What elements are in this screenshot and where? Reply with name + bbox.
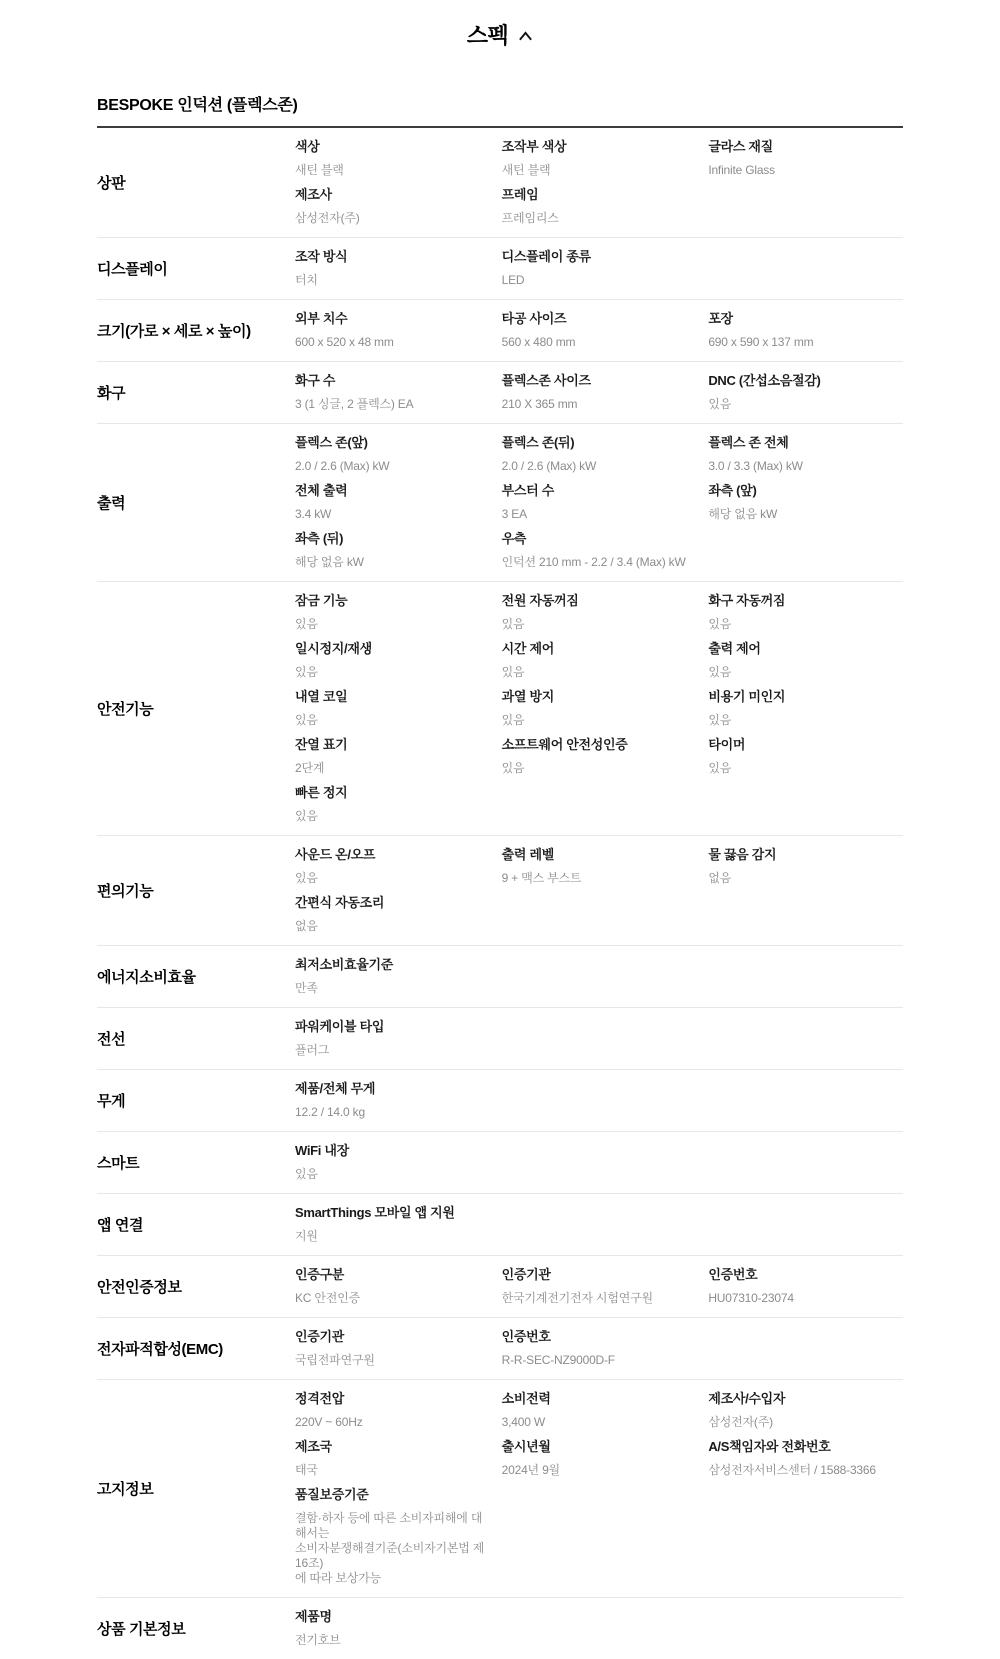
spec-item: 화구 수3 (1 싱글, 2 플렉스) EA bbox=[295, 373, 490, 412]
spec-item-label: 소프트웨어 안전성인증 bbox=[502, 737, 697, 753]
spec-items: 잠금 기능있음전원 자동꺼짐있음화구 자동꺼짐있음일시정지/재생있음시간 제어있… bbox=[295, 593, 903, 833]
spec-item-label: 인증기관 bbox=[502, 1267, 697, 1283]
spec-item-label: 내열 코일 bbox=[295, 689, 490, 705]
spec-row: 고지정보 정격전압220V ~ 60Hz소비전력3,400 W제조사/수입자삼성… bbox=[97, 1380, 903, 1598]
spec-item: 좌측 (뒤)해당 없음 kW bbox=[295, 531, 490, 570]
spec-item-value: 태국 bbox=[295, 1463, 490, 1478]
spec-item-label: 인증구분 bbox=[295, 1267, 490, 1283]
spec-items: 정격전압220V ~ 60Hz소비전력3,400 W제조사/수입자삼성전자(주)… bbox=[295, 1391, 903, 1595]
spec-item: 일시정지/재생있음 bbox=[295, 641, 490, 680]
category-label: 편의기능 bbox=[97, 880, 295, 910]
spec-item-value: 삼성전자(주) bbox=[295, 211, 490, 226]
spec-item-label: 빠른 정지 bbox=[295, 785, 490, 801]
spec-table: 상판 색상새틴 블랙조작부 색상새틴 블랙글라스 재질Infinite Glas… bbox=[97, 128, 903, 1659]
spec-item-label: 인증기관 bbox=[295, 1329, 490, 1345]
spec-item-value: 있음 bbox=[502, 713, 697, 728]
spec-item-label: 화구 수 bbox=[295, 373, 490, 389]
category-label: 크기(가로 × 세로 × 높이) bbox=[97, 320, 295, 350]
spec-item-value: 있음 bbox=[708, 617, 903, 632]
spec-item-value: 있음 bbox=[708, 397, 903, 412]
spec-row: 전자파적합성(EMC) 인증기관국립전파연구원인증번호R-R-SEC-NZ900… bbox=[97, 1318, 903, 1380]
spec-item-label: 잠금 기능 bbox=[295, 593, 490, 609]
spec-item-label: 제품/전체 무게 bbox=[295, 1081, 490, 1097]
spec-item-label: 플렉스 존(뒤) bbox=[502, 435, 697, 451]
spec-item-label: WiFi 내장 bbox=[295, 1143, 490, 1159]
spec-item-label: 포장 bbox=[708, 311, 903, 327]
spec-item-value: LED bbox=[502, 273, 697, 288]
spec-item-value: 없음 bbox=[295, 919, 490, 934]
spec-item-value: 있음 bbox=[295, 1167, 490, 1182]
spec-item-label: 최저소비효율기준 bbox=[295, 957, 490, 973]
spec-item: 출력 제어있음 bbox=[708, 641, 903, 680]
spec-items: 최저소비효율기준만족 bbox=[295, 957, 903, 1005]
spec-item-value: HU07310-23074 bbox=[708, 1291, 903, 1306]
chevron-up-icon[interactable] bbox=[518, 30, 533, 42]
spec-item-value: 9 + 맥스 부스트 bbox=[502, 871, 697, 886]
spec-item: 타이머있음 bbox=[708, 737, 903, 776]
spec-item: 조작부 색상새틴 블랙 bbox=[502, 139, 697, 178]
spec-item-label: 출력 레벨 bbox=[502, 847, 697, 863]
spec-item: 색상새틴 블랙 bbox=[295, 139, 490, 178]
spec-item-label: 플렉스 존(앞) bbox=[295, 435, 490, 451]
product-spec-page: 스펙 BESPOKE 인덕션 (플렉스존) 상판 색상새틴 블랙조작부 색상새틴… bbox=[0, 0, 1000, 1659]
spec-item-label: 정격전압 bbox=[295, 1391, 490, 1407]
category-label: 안전인증정보 bbox=[97, 1276, 295, 1306]
spec-item-label: 출력 제어 bbox=[708, 641, 903, 657]
spec-item-label: 물 끓음 감지 bbox=[708, 847, 903, 863]
spec-container: BESPOKE 인덕션 (플렉스존) 상판 색상새틴 블랙조작부 색상새틴 블랙… bbox=[97, 92, 903, 1659]
spec-item: 프레임프레임리스 bbox=[502, 187, 697, 226]
spec-item: 우측인덕션 210 mm - 2.2 / 3.4 (Max) kW bbox=[502, 531, 697, 570]
spec-item-value: Infinite Glass bbox=[708, 163, 903, 178]
spec-item: 글라스 재질Infinite Glass bbox=[708, 139, 903, 178]
spec-item: 인증기관한국기계전기전자 시험연구원 bbox=[502, 1267, 697, 1306]
spec-item-value: 3 (1 싱글, 2 플렉스) EA bbox=[295, 397, 490, 412]
spec-item: 플렉스존 사이즈210 X 365 mm bbox=[502, 373, 697, 412]
spec-item: 간편식 자동조리없음 bbox=[295, 895, 490, 934]
spec-item: 소프트웨어 안전성인증있음 bbox=[502, 737, 697, 776]
spec-row: 출력 플렉스 존(앞)2.0 / 2.6 (Max) kW플렉스 존(뒤)2.0… bbox=[97, 424, 903, 582]
spec-item-label: 파워케이블 타입 bbox=[295, 1019, 490, 1035]
spec-item-label: 전원 자동꺼짐 bbox=[502, 593, 697, 609]
spec-section-toggle[interactable]: 스펙 bbox=[0, 0, 1000, 50]
spec-row: 상품 기본정보 제품명전기호브 bbox=[97, 1598, 903, 1659]
spec-item-label: 품질보증기준 bbox=[295, 1487, 490, 1503]
spec-items: 플렉스 존(앞)2.0 / 2.6 (Max) kW플렉스 존(뒤)2.0 / … bbox=[295, 435, 903, 579]
category-label: 안전기능 bbox=[97, 698, 295, 728]
spec-row: 에너지소비효율 최저소비효율기준만족 bbox=[97, 946, 903, 1008]
spec-row: 화구 화구 수3 (1 싱글, 2 플렉스) EA플렉스존 사이즈210 X 3… bbox=[97, 362, 903, 424]
spec-item-value: 결함·하자 등에 따른 소비자피해에 대해서는 소비자분쟁해결기준(소비자기본법… bbox=[295, 1511, 490, 1586]
spec-items: 제품명전기호브 bbox=[295, 1609, 903, 1657]
spec-item-value: 있음 bbox=[502, 665, 697, 680]
spec-items: 사운드 온/오프있음출력 레벨9 + 맥스 부스트물 끓음 감지없음간편식 자동… bbox=[295, 847, 903, 943]
spec-item-label: 디스플레이 종류 bbox=[502, 249, 697, 265]
spec-item-label: 간편식 자동조리 bbox=[295, 895, 490, 911]
spec-row: 무게 제품/전체 무게12.2 / 14.0 kg bbox=[97, 1070, 903, 1132]
spec-item: 조작 방식터치 bbox=[295, 249, 490, 288]
category-label: 디스플레이 bbox=[97, 258, 295, 288]
spec-item: 사운드 온/오프있음 bbox=[295, 847, 490, 886]
spec-item-label: 잔열 표기 bbox=[295, 737, 490, 753]
spec-item-value: 전기호브 bbox=[295, 1633, 490, 1648]
spec-item: 화구 자동꺼짐있음 bbox=[708, 593, 903, 632]
spec-item-value: 국립전파연구원 bbox=[295, 1353, 490, 1368]
spec-item-value: 있음 bbox=[708, 713, 903, 728]
product-name-header: BESPOKE 인덕션 (플렉스존) bbox=[97, 92, 903, 128]
spec-item-value: 있음 bbox=[295, 871, 490, 886]
spec-item-value: 터치 bbox=[295, 273, 490, 288]
spec-row: 안전기능 잠금 기능있음전원 자동꺼짐있음화구 자동꺼짐있음일시정지/재생있음시… bbox=[97, 582, 903, 836]
spec-item-value: 삼성전자(주) bbox=[708, 1415, 903, 1430]
spec-item-label: 외부 치수 bbox=[295, 311, 490, 327]
spec-item-value: 없음 bbox=[708, 871, 903, 886]
spec-item-value: 인덕션 210 mm - 2.2 / 3.4 (Max) kW bbox=[502, 555, 697, 570]
spec-item: 타공 사이즈560 x 480 mm bbox=[502, 311, 697, 350]
spec-item-value: 있음 bbox=[708, 761, 903, 776]
spec-item: 외부 치수600 x 520 x 48 mm bbox=[295, 311, 490, 350]
spec-item: WiFi 내장있음 bbox=[295, 1143, 490, 1182]
category-label: 전자파적합성(EMC) bbox=[97, 1338, 295, 1368]
spec-item-value: 3.0 / 3.3 (Max) kW bbox=[708, 459, 903, 474]
spec-item-label: 소비전력 bbox=[502, 1391, 697, 1407]
spec-item: 제품명전기호브 bbox=[295, 1609, 490, 1648]
spec-item-label: 인증번호 bbox=[708, 1267, 903, 1283]
category-label: 출력 bbox=[97, 492, 295, 522]
spec-item-label: 타공 사이즈 bbox=[502, 311, 697, 327]
spec-row: 전선 파워케이블 타입플러그 bbox=[97, 1008, 903, 1070]
spec-item: 품질보증기준결함·하자 등에 따른 소비자피해에 대해서는 소비자분쟁해결기준(… bbox=[295, 1487, 490, 1586]
spec-item-label: 좌측 (뒤) bbox=[295, 531, 490, 547]
category-label: 앱 연결 bbox=[97, 1214, 295, 1244]
spec-item-value: 3.4 kW bbox=[295, 507, 490, 522]
spec-item-value: 한국기계전기전자 시험연구원 bbox=[502, 1291, 697, 1306]
spec-item-label: 출시년월 bbox=[502, 1439, 697, 1455]
spec-item: 시간 제어있음 bbox=[502, 641, 697, 680]
spec-item-label: 제품명 bbox=[295, 1609, 490, 1625]
spec-item: 제조국태국 bbox=[295, 1439, 490, 1478]
category-label: 스마트 bbox=[97, 1152, 295, 1182]
spec-items: 인증구분KC 안전인증인증기관한국기계전기전자 시험연구원인증번호HU07310… bbox=[295, 1267, 903, 1315]
spec-item: 전체 출력3.4 kW bbox=[295, 483, 490, 522]
spec-item: 출시년월2024년 9월 bbox=[502, 1439, 697, 1478]
spec-item: 비용기 미인지있음 bbox=[708, 689, 903, 728]
spec-items: WiFi 내장있음 bbox=[295, 1143, 903, 1191]
spec-item-value: 2단계 bbox=[295, 761, 490, 776]
spec-item: 제조사삼성전자(주) bbox=[295, 187, 490, 226]
category-label: 화구 bbox=[97, 382, 295, 412]
spec-item-value: 있음 bbox=[502, 617, 697, 632]
category-label: 고지정보 bbox=[97, 1478, 295, 1508]
spec-row: 디스플레이 조작 방식터치디스플레이 종류LED bbox=[97, 238, 903, 300]
spec-item-value: 해당 없음 kW bbox=[295, 555, 490, 570]
spec-item: 포장690 x 590 x 137 mm bbox=[708, 311, 903, 350]
spec-item-label: 좌측 (앞) bbox=[708, 483, 903, 499]
spec-items: 파워케이블 타입플러그 bbox=[295, 1019, 903, 1067]
spec-item: 인증기관국립전파연구원 bbox=[295, 1329, 490, 1368]
spec-section-title: 스펙 bbox=[467, 19, 509, 50]
spec-item: 플렉스 존(뒤)2.0 / 2.6 (Max) kW bbox=[502, 435, 697, 474]
spec-item-value: 만족 bbox=[295, 981, 490, 996]
spec-item-label: 전체 출력 bbox=[295, 483, 490, 499]
spec-items: 외부 치수600 x 520 x 48 mm타공 사이즈560 x 480 mm… bbox=[295, 311, 903, 359]
spec-item: SmartThings 모바일 앱 지원지원 bbox=[295, 1205, 490, 1244]
spec-item: 소비전력3,400 W bbox=[502, 1391, 697, 1430]
spec-item-value: 삼성전자서비스센터 / 1588-3366 bbox=[708, 1463, 903, 1478]
spec-item-value: 있음 bbox=[295, 617, 490, 632]
spec-item-value: 220V ~ 60Hz bbox=[295, 1415, 490, 1430]
spec-item-value: 2.0 / 2.6 (Max) kW bbox=[295, 459, 490, 474]
spec-item-value: 지원 bbox=[295, 1229, 490, 1244]
spec-item: 파워케이블 타입플러그 bbox=[295, 1019, 490, 1058]
spec-item-label: 사운드 온/오프 bbox=[295, 847, 490, 863]
spec-item-value: 210 X 365 mm bbox=[502, 397, 697, 412]
category-label: 에너지소비효율 bbox=[97, 966, 295, 996]
spec-items: 조작 방식터치디스플레이 종류LED bbox=[295, 249, 903, 297]
spec-item: 제품/전체 무게12.2 / 14.0 kg bbox=[295, 1081, 490, 1120]
spec-item-label: 인증번호 bbox=[502, 1329, 697, 1345]
spec-item: 인증번호HU07310-23074 bbox=[708, 1267, 903, 1306]
spec-item-label: 우측 bbox=[502, 531, 697, 547]
spec-item: 출력 레벨9 + 맥스 부스트 bbox=[502, 847, 697, 886]
spec-item-label: 색상 bbox=[295, 139, 490, 155]
spec-item: 물 끓음 감지없음 bbox=[708, 847, 903, 886]
category-label: 상판 bbox=[97, 172, 295, 202]
spec-item-value: 690 x 590 x 137 mm bbox=[708, 335, 903, 350]
spec-item-value: 있음 bbox=[295, 713, 490, 728]
spec-items: SmartThings 모바일 앱 지원지원 bbox=[295, 1205, 903, 1253]
spec-item: 디스플레이 종류LED bbox=[502, 249, 697, 288]
spec-item-value: 있음 bbox=[502, 761, 697, 776]
spec-item: 전원 자동꺼짐있음 bbox=[502, 593, 697, 632]
spec-row: 안전인증정보 인증구분KC 안전인증인증기관한국기계전기전자 시험연구원인증번호… bbox=[97, 1256, 903, 1318]
category-label: 무게 bbox=[97, 1090, 295, 1120]
spec-item: 인증구분KC 안전인증 bbox=[295, 1267, 490, 1306]
spec-item-value: 3 EA bbox=[502, 507, 697, 522]
spec-item: 잔열 표기2단계 bbox=[295, 737, 490, 776]
spec-item: A/S책임자와 전화번호삼성전자서비스센터 / 1588-3366 bbox=[708, 1439, 903, 1478]
spec-item-value: 플러그 bbox=[295, 1043, 490, 1058]
spec-item-value: 있음 bbox=[295, 665, 490, 680]
spec-item-label: 글라스 재질 bbox=[708, 139, 903, 155]
spec-item-value: 새틴 블랙 bbox=[502, 163, 697, 178]
spec-item-value: 600 x 520 x 48 mm bbox=[295, 335, 490, 350]
category-label: 상품 기본정보 bbox=[97, 1618, 295, 1648]
spec-row: 상판 색상새틴 블랙조작부 색상새틴 블랙글라스 재질Infinite Glas… bbox=[97, 128, 903, 238]
spec-item-label: 과열 방지 bbox=[502, 689, 697, 705]
spec-item: 플렉스 존 전체3.0 / 3.3 (Max) kW bbox=[708, 435, 903, 474]
spec-item-label: 제조사 bbox=[295, 187, 490, 203]
spec-item: 내열 코일있음 bbox=[295, 689, 490, 728]
spec-items: 화구 수3 (1 싱글, 2 플렉스) EA플렉스존 사이즈210 X 365 … bbox=[295, 373, 903, 421]
spec-item: 정격전압220V ~ 60Hz bbox=[295, 1391, 490, 1430]
spec-item: 잠금 기능있음 bbox=[295, 593, 490, 632]
category-label: 전선 bbox=[97, 1028, 295, 1058]
spec-item-value: 12.2 / 14.0 kg bbox=[295, 1105, 490, 1120]
spec-item-label: 제조국 bbox=[295, 1439, 490, 1455]
spec-item-label: 제조사/수입자 bbox=[708, 1391, 903, 1407]
spec-row: 스마트 WiFi 내장있음 bbox=[97, 1132, 903, 1194]
spec-items: 인증기관국립전파연구원인증번호R-R-SEC-NZ9000D-F bbox=[295, 1329, 903, 1377]
spec-item-value: 새틴 블랙 bbox=[295, 163, 490, 178]
spec-item-value: 프레임리스 bbox=[502, 211, 697, 226]
spec-item-label: 조작부 색상 bbox=[502, 139, 697, 155]
spec-item-label: 타이머 bbox=[708, 737, 903, 753]
spec-item-label: 프레임 bbox=[502, 187, 697, 203]
spec-item-value: 2.0 / 2.6 (Max) kW bbox=[502, 459, 697, 474]
spec-item-value: 3,400 W bbox=[502, 1415, 697, 1430]
spec-item: 과열 방지있음 bbox=[502, 689, 697, 728]
spec-item-value: 해당 없음 kW bbox=[708, 507, 903, 522]
spec-item: 부스터 수3 EA bbox=[502, 483, 697, 522]
spec-item: DNC (간섭소음절감)있음 bbox=[708, 373, 903, 412]
spec-item: 플렉스 존(앞)2.0 / 2.6 (Max) kW bbox=[295, 435, 490, 474]
spec-item-label: 조작 방식 bbox=[295, 249, 490, 265]
spec-row: 편의기능 사운드 온/오프있음출력 레벨9 + 맥스 부스트물 끓음 감지없음간… bbox=[97, 836, 903, 946]
spec-items: 색상새틴 블랙조작부 색상새틴 블랙글라스 재질Infinite Glass제조… bbox=[295, 139, 903, 235]
spec-item-label: 일시정지/재생 bbox=[295, 641, 490, 657]
spec-item-value: KC 안전인증 bbox=[295, 1291, 490, 1306]
spec-item-label: 시간 제어 bbox=[502, 641, 697, 657]
spec-item-value: 있음 bbox=[295, 809, 490, 824]
spec-item-label: A/S책임자와 전화번호 bbox=[708, 1439, 903, 1455]
spec-item-label: 플렉스존 사이즈 bbox=[502, 373, 697, 389]
spec-row: 앱 연결 SmartThings 모바일 앱 지원지원 bbox=[97, 1194, 903, 1256]
spec-item-label: SmartThings 모바일 앱 지원 bbox=[295, 1205, 490, 1221]
spec-item-value: 560 x 480 mm bbox=[502, 335, 697, 350]
spec-item: 인증번호R-R-SEC-NZ9000D-F bbox=[502, 1329, 697, 1368]
spec-item: 최저소비효율기준만족 bbox=[295, 957, 490, 996]
spec-item: 좌측 (앞)해당 없음 kW bbox=[708, 483, 903, 522]
spec-item-label: 플렉스 존 전체 bbox=[708, 435, 903, 451]
spec-item-label: 부스터 수 bbox=[502, 483, 697, 499]
spec-item-value: 2024년 9월 bbox=[502, 1463, 697, 1478]
spec-item: 제조사/수입자삼성전자(주) bbox=[708, 1391, 903, 1430]
spec-items: 제품/전체 무게12.2 / 14.0 kg bbox=[295, 1081, 903, 1129]
spec-item-label: 화구 자동꺼짐 bbox=[708, 593, 903, 609]
spec-item-value: 있음 bbox=[708, 665, 903, 680]
spec-item-label: DNC (간섭소음절감) bbox=[708, 373, 903, 389]
spec-item-value: R-R-SEC-NZ9000D-F bbox=[502, 1353, 697, 1368]
spec-row: 크기(가로 × 세로 × 높이) 외부 치수600 x 520 x 48 mm타… bbox=[97, 300, 903, 362]
spec-item-label: 비용기 미인지 bbox=[708, 689, 903, 705]
spec-item: 빠른 정지있음 bbox=[295, 785, 490, 824]
